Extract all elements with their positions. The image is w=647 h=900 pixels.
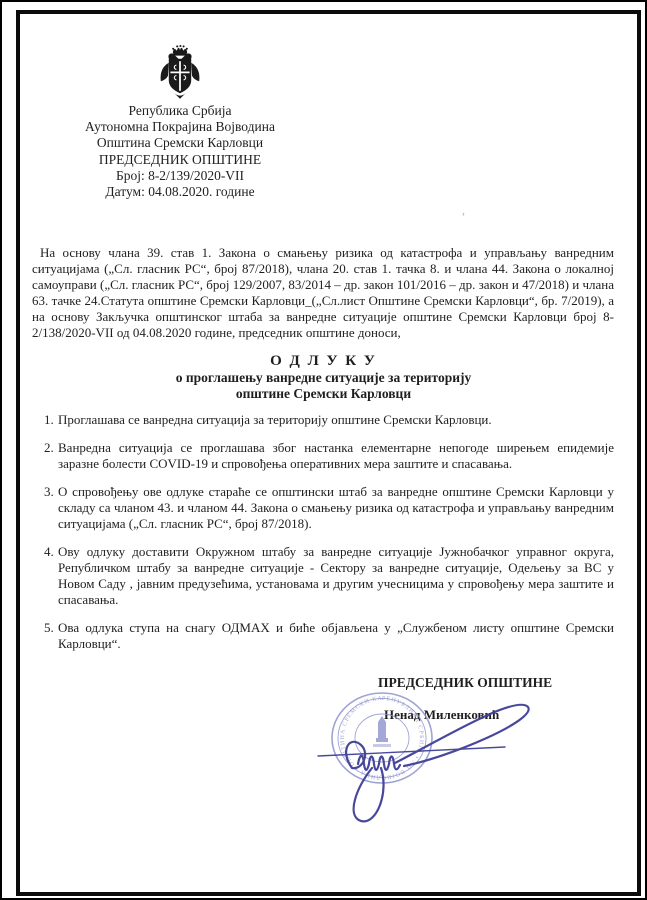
item-text: Ову одлуку доставити Окружном штабу за в…	[58, 544, 614, 608]
scan-artifact: ,	[462, 203, 465, 218]
item-number: 1.	[44, 412, 58, 428]
list-item: 5. Ова одлука ступа на снагу ОДМАХ и бић…	[44, 620, 614, 652]
item-text: Проглашава се ванредна ситуација за тери…	[58, 412, 614, 428]
signatory-name: Ненад Миленковић	[384, 707, 499, 723]
item-text: Ова одлука ступа на снагу ОДМАХ и биће о…	[58, 620, 614, 652]
item-text: О спровођењу ове одлуке стараће се општи…	[58, 484, 614, 532]
svg-text:РЕПУБЛИКА СРБИЈА • АП ВОЈВОДИН: РЕПУБЛИКА СРБИЈА • АП ВОЈВОДИНА • ОПШТИН…	[300, 688, 424, 780]
list-item: 3. О спровођењу ове одлуке стараће се оп…	[44, 484, 614, 532]
item-number: 3.	[44, 484, 58, 532]
document-date: Датум: 04.08.2020. године	[40, 184, 320, 200]
list-item: 2. Ванредна ситуација се проглашава због…	[44, 440, 614, 472]
decision-subtitle-line2: општине Сремски Карловци	[0, 386, 647, 402]
letterhead: Република Србија Аутономна Покрајина Вој…	[40, 40, 320, 200]
legal-basis-paragraph: На основу члана 39. став 1. Закона о сма…	[32, 245, 614, 340]
decision-title-block: О Д Л У К У о проглашењу ванредне ситуац…	[0, 352, 647, 402]
item-text: Ванредна ситуација се проглашава због на…	[58, 440, 614, 472]
letterhead-municipality: Општина Сремски Карловци	[40, 135, 320, 151]
decision-title: О Д Л У К У	[0, 352, 647, 370]
stamp-ring-text: РЕПУБЛИКА СРБИЈА • АП ВОЈВОДИНА • ОПШТИН…	[300, 688, 424, 780]
item-number: 2.	[44, 440, 58, 472]
document-number: Број: 8-2/139/2020-VII	[40, 168, 320, 184]
letterhead-country: Република Србија	[40, 103, 320, 119]
list-item: 1. Проглашава се ванредна ситуација за т…	[44, 412, 614, 428]
signatory-title: ПРЕДСЕДНИК ОПШТИНЕ	[378, 675, 552, 691]
item-number: 5.	[44, 620, 58, 652]
letterhead-office: ПРЕДСЕДНИК ОПШТИНЕ	[40, 152, 320, 168]
document-page: Република Србија Аутономна Покрајина Вој…	[0, 0, 647, 900]
letterhead-province: Аутономна Покрајина Војводина	[40, 119, 320, 135]
decision-subtitle-line1: о проглашењу ванредне ситуације за терит…	[0, 370, 647, 386]
list-item: 4. Ову одлуку доставити Окружном штабу з…	[44, 544, 614, 608]
item-number: 4.	[44, 544, 58, 608]
serbia-coat-of-arms-icon	[156, 40, 204, 100]
decision-items-list: 1. Проглашава се ванредна ситуација за т…	[44, 412, 614, 664]
